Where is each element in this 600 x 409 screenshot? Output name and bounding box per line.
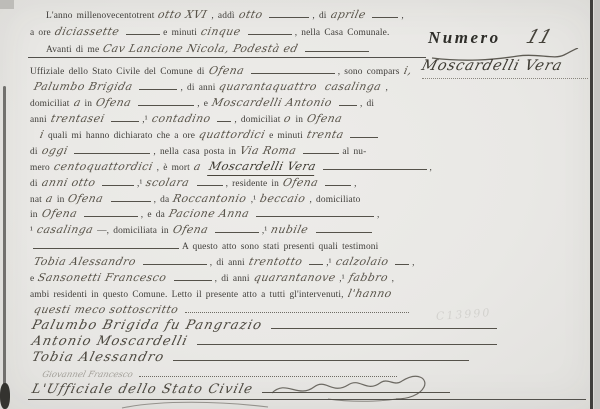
handwritten-text: oggi	[40, 143, 69, 159]
printed-text: —, domiciliata in	[97, 226, 169, 236]
handwritten-text: casalinga	[35, 222, 95, 238]
blank-fill-line	[395, 253, 409, 265]
handwritten-text: l'hanno	[346, 286, 393, 302]
printed-text: Avanti di me	[46, 45, 99, 55]
handwritten-text: otto XVI	[157, 6, 210, 23]
printed-text: , da	[154, 195, 170, 205]
blank-fill-line	[143, 253, 207, 265]
printed-text: Uffiziale dello Stato Civile del Comune …	[30, 67, 205, 77]
handwritten-text: nubile	[270, 222, 311, 238]
handwritten-text: Cav Lancione Nicola, Podestà ed	[101, 40, 300, 57]
handwritten-text: Ofena	[40, 206, 79, 222]
act-line: questi meco sottoscritto	[30, 301, 580, 317]
blank-fill-line	[323, 158, 427, 170]
act-line: dioggi, nella casa posta inVia Romaal nu…	[30, 142, 580, 158]
blank-fill-line	[350, 126, 378, 138]
act-line: annitrentasei,¹contadino, domiciliatoinO…	[30, 110, 580, 126]
act-body-text: Uffiziale dello Stato Civile del Comune …	[30, 62, 580, 397]
horizontal-rule-top	[28, 57, 426, 58]
handwritten-text: casalinga	[323, 79, 383, 95]
blank-fill-line	[325, 174, 351, 186]
handwritten-text: Ofena	[94, 95, 133, 111]
blank-fill-line	[217, 110, 231, 122]
printed-text: , nella Casa Comunale.	[295, 28, 390, 38]
blank-fill-line	[372, 6, 398, 18]
printed-text: ,	[412, 258, 415, 268]
scan-edge-mark	[0, 0, 14, 9]
blank-fill-line	[138, 94, 194, 106]
act-line: iquali mi hanno dichiarato che a orequat…	[30, 126, 580, 142]
signature-text: Palumbo Brigida fu Pangrazio	[30, 318, 264, 334]
printed-text: ,¹	[262, 226, 267, 236]
printed-text: , addì	[211, 11, 234, 21]
handwritten-text: a	[44, 191, 55, 207]
blank-fill-line	[33, 237, 179, 249]
blank-fill-line	[248, 23, 292, 35]
handwritten-text: aprile	[329, 6, 368, 23]
margin-dotted-line	[422, 78, 588, 79]
handwritten-text: trenta	[305, 127, 345, 143]
handwritten-text: questi meco sottoscritto	[32, 302, 180, 318]
handwritten-text: trentotto	[247, 254, 304, 270]
blank-fill-line	[215, 221, 259, 233]
act-line: inOfena, e daPacione Anna,	[30, 205, 580, 221]
act-line: ambi residenti in questo Comune. Letto i…	[30, 285, 580, 301]
act-line: Tobia Alessandro	[30, 349, 580, 365]
handwritten-text: calzolaio	[334, 254, 390, 270]
act-line: eSansonetti Francesco, di anniquarantano…	[30, 269, 580, 285]
blank-fill-line	[139, 78, 177, 90]
printed-text: ,	[401, 11, 404, 21]
handwritten-text: centoquattordici	[52, 159, 154, 175]
handwritten-text: contadino	[150, 111, 212, 127]
handwritten-text: quarantaquattro	[218, 79, 319, 95]
printed-text: ,¹	[251, 195, 256, 205]
scan-edge-blob	[0, 383, 10, 409]
act-line: dianni otto,¹scolara, residente inOfena,	[30, 174, 580, 190]
handwritten-text: anni otto	[40, 175, 97, 191]
printed-text: , nella casa posta in	[153, 147, 236, 157]
margin-deceased-name: Moscardelli Vera	[420, 58, 565, 74]
handwritten-text: Via Roma	[238, 143, 298, 159]
handwritten-text: Ofena	[67, 191, 106, 207]
printed-text: quali mi hanno dichiarato che a ore	[48, 131, 195, 141]
printed-text: , domiciliat	[234, 115, 280, 125]
handwritten-text: Pacione Anna	[167, 206, 251, 222]
act-line: Palumbo Brigida fu Pangrazio	[30, 317, 580, 333]
printed-text: , di	[360, 99, 374, 109]
printed-text: , domiciliato	[309, 195, 360, 205]
handwritten-text: Palumbo Brigida	[32, 79, 134, 95]
printed-text: ,	[385, 83, 388, 93]
act-line: ¹casalinga—, domiciliata inOfena,¹nubile	[30, 221, 580, 237]
handwritten-text: i,	[402, 63, 414, 79]
signature-text: L'Ufficiale dello Stato Civile	[30, 382, 255, 398]
handwritten-text: quarantanove	[252, 270, 337, 286]
handwritten-text: i	[38, 127, 46, 143]
blank-fill-line	[111, 190, 151, 202]
printed-text: ,	[377, 210, 380, 220]
official-signature	[268, 369, 438, 403]
handwritten-text: Ofena	[305, 111, 344, 127]
handwritten-text: otto	[237, 6, 265, 23]
handwritten-text: Ofena	[171, 222, 210, 238]
next-record-flourish	[120, 400, 270, 409]
blank-fill-line	[126, 23, 160, 35]
act-line: A questo atto sono stati presenti quali …	[30, 237, 580, 253]
blank-fill-line	[269, 6, 309, 18]
handwritten-text: fabbro	[347, 270, 390, 286]
printed-text: , e da	[141, 210, 165, 220]
act-line: natainOfena, daRoccantonio,¹beccaio, dom…	[30, 190, 580, 206]
handwritten-text: Moscardelli Vera	[207, 159, 318, 176]
printed-text: al nu-	[342, 147, 366, 157]
numero-label: Numero	[428, 28, 501, 47]
printed-text: nat	[30, 195, 42, 205]
printed-text: domiciliat	[30, 99, 70, 109]
signature-text: Antonio Moscardelli	[30, 334, 190, 350]
act-line: Antonio Moscardelli	[30, 333, 580, 349]
act-line: domiciliatainOfena, eMoscardelli Antonio…	[30, 94, 580, 110]
printed-text: in	[57, 195, 65, 205]
printed-text: e	[30, 274, 34, 284]
blank-fill-line	[309, 253, 323, 265]
act-line: Palumbo Brigida, di anniquarantaquattroc…	[30, 78, 580, 94]
handwritten-text: diciassette	[53, 23, 121, 40]
handwritten-text: o	[283, 111, 294, 127]
margin-column: Numero 11 Moscardelli Vera C13990	[428, 26, 590, 48]
handwritten-text: Sansonetti Francesco	[36, 270, 168, 286]
printed-text: , di	[312, 11, 326, 21]
printed-text: di	[30, 147, 38, 157]
printed-text: ,	[354, 179, 357, 189]
act-line: Tobia Alessandro, di annitrentotto,¹calz…	[30, 253, 580, 269]
handwritten-text: quattordici	[197, 127, 267, 143]
handwritten-text: trentasei	[49, 111, 106, 127]
printed-text: A questo atto sono stati presenti quali …	[182, 242, 378, 252]
blank-fill-line	[102, 174, 134, 186]
blank-fill-line	[74, 142, 150, 154]
printed-text: , è mort	[157, 163, 190, 173]
printed-text: L'anno millenovecentotrent	[46, 11, 154, 21]
printed-text: ,¹	[339, 274, 344, 284]
blank-fill-line	[339, 94, 357, 106]
page-binding-edge-left	[3, 86, 6, 409]
page-binding-edge-right	[590, 0, 593, 409]
handwritten-text: beccaio	[258, 191, 307, 207]
blank-fill-line	[111, 110, 139, 122]
handwritten-text: a	[72, 95, 83, 111]
printed-text: ,¹	[137, 179, 142, 189]
handwritten-text: Tobia Alessandro	[32, 254, 137, 270]
printed-text: e minuti	[163, 28, 197, 38]
printed-text: ,¹	[326, 258, 331, 268]
handwritten-text: Roccantonio	[171, 191, 248, 207]
act-line: L'anno millenovecentotrentotto XVI, addì…	[30, 5, 575, 22]
printed-text: ¹	[30, 226, 33, 236]
printed-text: , sono compars	[338, 67, 400, 77]
printed-text: , di anni	[215, 274, 250, 284]
act-line: merocentoquattordici, è mortaMoscardelli…	[30, 158, 580, 174]
handwritten-text: Moscardelli Antonio	[210, 95, 334, 111]
printed-text: anni	[30, 115, 47, 125]
handwritten-text: cinque	[199, 23, 243, 40]
blank-fill-line	[316, 221, 372, 233]
printed-text: mero	[30, 163, 50, 173]
blank-fill-line	[251, 62, 335, 74]
printed-text: ,	[430, 163, 433, 173]
printed-text: , residente in	[226, 179, 279, 189]
blank-fill-line	[174, 269, 212, 281]
printed-text: , di anni	[180, 83, 215, 93]
handwritten-text: Ofena	[207, 63, 246, 79]
printed-text: , di anni	[210, 258, 245, 268]
handwritten-text: Ofena	[281, 175, 320, 191]
printed-text: di	[30, 179, 38, 189]
blank-fill-line	[305, 40, 369, 52]
signature-text: Tobia Alessandro	[30, 350, 166, 366]
printed-text: , e	[197, 99, 208, 109]
printed-text: in	[84, 99, 92, 109]
printed-text: e minuti	[269, 131, 303, 141]
printed-text: a ore	[30, 28, 51, 38]
blank-fill-line	[256, 205, 374, 217]
blank-fill-line	[173, 349, 469, 361]
blank-fill-line	[84, 205, 138, 217]
dotted-fill-line	[185, 301, 409, 313]
printed-text: in	[295, 115, 303, 125]
printed-text: ,¹	[142, 115, 147, 125]
handwritten-text: a	[192, 159, 203, 175]
printed-text: ambi residenti in questo Comune. Letto i…	[30, 290, 344, 300]
blank-fill-line	[303, 142, 339, 154]
handwritten-text: scolara	[145, 175, 192, 191]
scanned-death-record-page: L'anno millenovecentotrentotto XVI, addì…	[0, 0, 600, 409]
printed-text: ,	[392, 274, 395, 284]
numero-value: 11	[523, 26, 554, 48]
printed-text: in	[30, 210, 38, 220]
blank-fill-line	[197, 333, 497, 345]
scan-margin-right	[594, 0, 600, 409]
